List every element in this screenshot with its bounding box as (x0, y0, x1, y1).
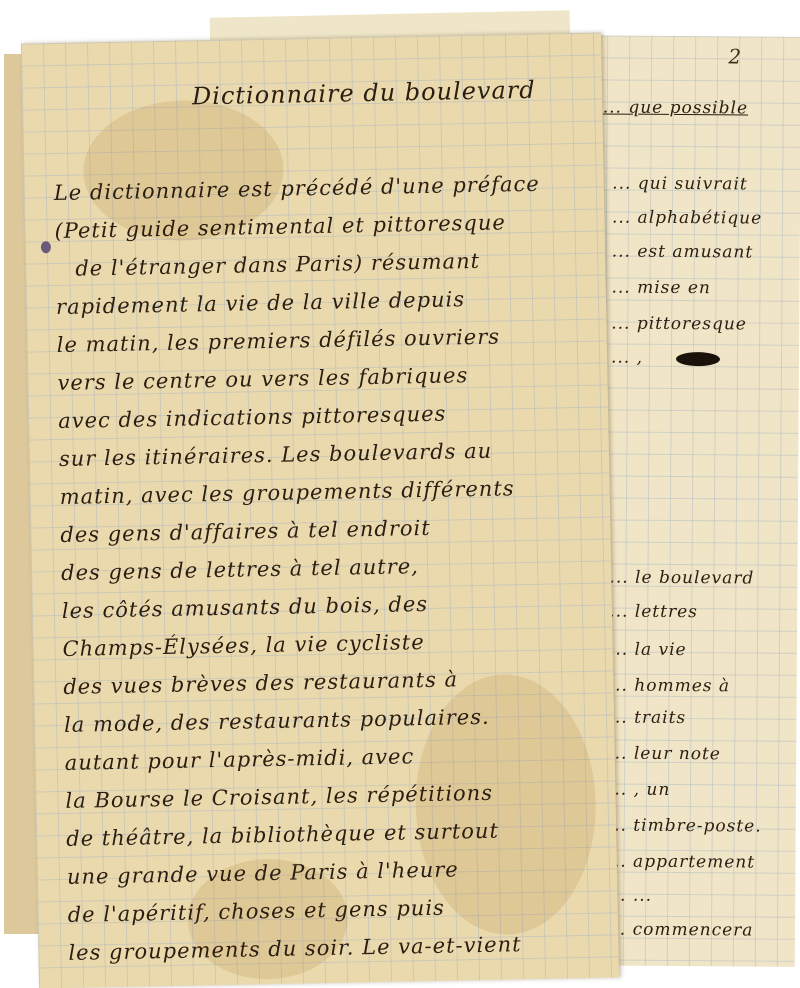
manuscript-line: Le dictionnaire est précédé d'une préfac… (54, 172, 540, 205)
page2-line: ... , (611, 348, 643, 368)
page2-line: ... hommes à (609, 676, 731, 697)
manuscript-line: matin, avec les groupements différents (59, 476, 514, 509)
manuscript-line: une grande vue de Paris à l'heure (67, 857, 459, 889)
manuscript-line: sur les itinéraires. Les boulevards au (59, 439, 493, 471)
page2-line: ... la vie (609, 640, 687, 661)
front-sheet: Dictionnaire du boulevard Le dictionnair… (21, 33, 619, 988)
page2-line: ... timbre-poste. (608, 816, 762, 837)
manuscript-line: avec des indications pittoresques (58, 402, 447, 433)
manuscript-line: des gens de lettres à tel autre, (61, 554, 419, 585)
page-title: Dictionnaire du boulevard (192, 76, 536, 111)
page2-line: ... que possible (603, 97, 748, 118)
page2-line: ... lettres (609, 602, 698, 623)
page2-line: ... commencera (607, 920, 754, 941)
page2-line: ... alphabétique (612, 208, 762, 229)
manuscript-line: des gens d'affaires à tel endroit (60, 516, 431, 547)
page2-line: ... qui suivrait (612, 174, 748, 195)
manuscript-line: vers le centre ou vers les fabriques (57, 363, 468, 395)
manuscript-line: Champs-Élysées, la vie cycliste (62, 630, 424, 661)
page2-line: ... appartement (607, 852, 755, 873)
manuscript-line: de théâtre, la bibliothèque et surtout (66, 819, 499, 851)
page2-line: ... est amusant (612, 242, 754, 263)
ink-blot (676, 352, 720, 366)
manuscript-line: les côtés amusants du bois, des (62, 592, 429, 623)
manuscript-line: autant pour l'après-midi, avec (65, 744, 415, 775)
page2-line: ... pittoresque (611, 314, 747, 335)
page2-line: ... mise en (611, 278, 711, 299)
page2-line: ... le boulevard (609, 568, 754, 589)
page2-line: ... , un (608, 780, 670, 800)
manuscript-line: de l'apéritif, choses et gens puis (67, 896, 445, 927)
manuscript-line: les groupements du soir. Le va-et-vient (68, 932, 522, 965)
manuscript-line: rapidement la vie de la ville depuis (56, 287, 465, 319)
manuscript-line: de l'étranger dans Paris) résumant (75, 249, 480, 281)
page2-line: ... traits (608, 708, 686, 729)
manuscript-line: (Petit guide sentimental et pittoresque (54, 210, 506, 243)
ink-spot (41, 241, 51, 253)
page-number: 2 (728, 44, 741, 68)
page2-line: ... leur note (608, 744, 721, 765)
manuscript-line: la mode, des restaurants populaires. (64, 705, 490, 737)
manuscript-line: le matin, les premiers défilés ouvriers (57, 325, 501, 358)
manuscript-line: la Bourse le Croisant, les répétitions (65, 781, 493, 813)
manuscript-line: des vues brèves des restaurants à (63, 667, 458, 699)
